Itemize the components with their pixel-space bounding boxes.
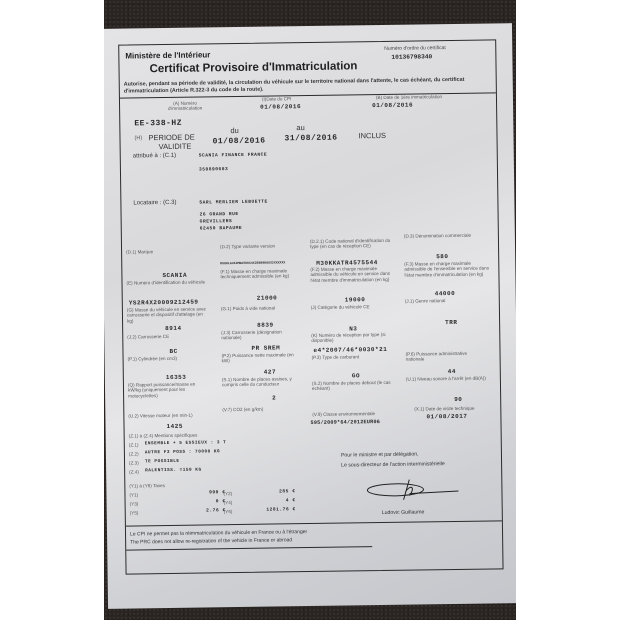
order-number-label: Numéro d'ordre du certificat: [384, 45, 446, 52]
x1-label: (X.1) Date de visite technique: [414, 406, 474, 412]
c3-name: SARL MERLIER LEBUETTE: [199, 200, 267, 206]
u2-value: 1425: [166, 423, 183, 430]
taxes-label: (Y1) à (Y6) Taxes: [129, 483, 165, 489]
tax-value: 4 €: [256, 498, 296, 504]
inclusive-label: INCLUS: [358, 131, 386, 140]
g-value: 8914: [165, 325, 182, 332]
d21-label: (D.2.1) Code national d'identification d…: [310, 238, 394, 250]
f3-label: (F.3) Masse en charge maximale admissibl…: [404, 260, 490, 277]
mention-code: (Z.4): [129, 469, 139, 474]
footer-en: The PRC does not allow re-registration o…: [130, 537, 292, 545]
ministry-name: Ministère de l'Intérieur: [125, 50, 210, 60]
tax-code: (Y4): [224, 500, 233, 505]
x1-value: 01/08/2017: [426, 413, 467, 421]
e-label: (E) Numéro d'identification du véhicule: [126, 279, 206, 285]
f2-value: 19000: [345, 296, 366, 303]
p3-label: (P.3) Type de carburant: [312, 354, 360, 360]
v7-label: (V.7) CO2 (en g/km): [222, 407, 263, 413]
j1-label: (J.1) Genre national: [405, 298, 446, 304]
address-line-3: 62450 BAPAUME: [200, 226, 242, 232]
tax-value: 990 €: [185, 490, 225, 496]
certificate-paper: Ministère de l'Intérieur Numéro d'ordre …: [104, 23, 516, 609]
d3-label: (D.3) Dénomination commerciale: [404, 232, 490, 238]
d2-value: R580LA4X2MNA580X4X2E6N8K0032XXXXXX: [220, 260, 285, 265]
d1-value: SCANIA: [162, 272, 187, 279]
u1-value: 90: [454, 396, 462, 403]
d1-label: (D.1) Marque: [126, 249, 153, 255]
b-value: 01/08/2016: [372, 102, 413, 110]
signature-line-2: Le sous-directeur de l'action interminis…: [341, 461, 445, 468]
order-number: 10136798340: [391, 53, 432, 61]
s2-label: (S.2) Nombre de places debout (le cas éc…: [312, 380, 396, 392]
certificate-frame: Ministère de l'Intérieur Numéro d'ordre …: [118, 39, 503, 574]
mention-text: ENSEMBLE + 5 ESSIEUX : 3 T: [145, 440, 227, 446]
mention-text: RALENTISS. =150 KG: [145, 468, 202, 474]
signature-icon: [363, 473, 463, 504]
h-code: (H): [134, 135, 142, 141]
u2-label: (U.2) Vitesse moteur (en min-1): [128, 413, 192, 419]
c1-id: 350890603: [199, 167, 228, 172]
document-photo: Ministère de l'Intérieur Numéro d'ordre …: [104, 0, 516, 620]
mention-code: (Z.3): [129, 460, 139, 465]
j-label: (J) Catégorie du véhicule CE: [311, 304, 370, 310]
v9-label: (V.9) Classe environnementale: [312, 411, 375, 417]
s1-label: (S.1) Nombre de places assises, y compri…: [222, 376, 306, 388]
g-label: (G) Masse du véhicule en service avec ca…: [127, 306, 207, 323]
u1-label: (U.1) Niveau sonore à l'arrêt (en dB(A)): [406, 375, 492, 381]
address-line-2: GREVILLERS: [200, 219, 233, 224]
mention-text: AUTRE F3 POSS : 70000 KG: [145, 449, 220, 455]
p2-label: (P.2) Puissance nette maximale (en kW): [222, 352, 302, 364]
i-value: 01/08/2016: [260, 103, 301, 111]
f2-label: (F.2) Masse en charge maximale admissibl…: [310, 266, 394, 283]
tax-code: (Y3): [130, 501, 139, 506]
tax-code: (Y6): [224, 509, 233, 514]
divider: [126, 520, 502, 526]
i-label: (I)Date du CPI: [262, 96, 291, 102]
p6-label: (P.6) Puissance administrative nationale: [406, 351, 486, 363]
tax-code: (Y2): [223, 491, 232, 496]
address-line-1: 26 GRAND RUE: [200, 212, 239, 218]
a-label: (A) Numéro d'immatriculation: [160, 100, 210, 111]
tax-value: 285 €: [255, 489, 295, 495]
p6-value: 44: [448, 368, 456, 375]
p1-label: (P.1) Cylindrée (en cm3): [128, 356, 178, 362]
k-label: (K) Numéro de réception par type (si dis…: [311, 332, 395, 344]
tax-value: 1281.76 €: [250, 507, 296, 513]
tax-value: 2.76 €: [186, 508, 226, 514]
validity-label-2: VALIDITE: [159, 142, 192, 151]
signature-line-1: Pour le ministre et par délégation,: [341, 451, 419, 458]
c1-label: attribué à : (C.1): [133, 153, 176, 160]
mention-code: (Z.2): [129, 451, 139, 456]
c1-name: SCANIA FINANCE FRANCE: [199, 153, 267, 159]
k-value: e4*2007/46*0030*21: [313, 346, 387, 354]
p1-value: 16353: [166, 374, 187, 381]
p2-value: 427: [264, 368, 276, 375]
j2-value: BC: [169, 348, 177, 355]
g1-value: 8839: [257, 322, 274, 329]
s1-value: 2: [272, 394, 276, 401]
tax-code: (Y5): [130, 510, 139, 515]
q-label: (Q) Rapport puissance/masse en kW/kg (un…: [128, 381, 208, 398]
d3-value: 580: [436, 253, 448, 260]
j3-label: (J.3) Carrosserie (désignation nationale…: [221, 329, 301, 341]
registration-number: EE-338-HZ: [134, 119, 182, 129]
to-label: au: [296, 123, 304, 132]
from-label: du: [230, 126, 238, 135]
signatory-name: Ludovic Guillaume: [382, 509, 425, 516]
f1-value: 21000: [257, 294, 278, 301]
tax-value: 0 €: [186, 499, 226, 505]
g1-label: (G.1) Poids à vide national: [221, 305, 275, 311]
b-label: (B) Date de 1ère immatriculation: [376, 94, 442, 100]
mention-text: TE POSSIBLE: [145, 459, 180, 464]
mention-code: (Z.1): [129, 442, 139, 447]
footer-fr: Le CPI ne permet pas la réimmatriculatio…: [130, 529, 307, 537]
from-date: 01/08/2016: [212, 137, 265, 147]
c3-label: Locataire : (C.3): [133, 200, 176, 207]
v9-value: 595/2009*64/2012EUR06: [310, 419, 380, 426]
f3-value: 44000: [435, 290, 456, 297]
divider: [126, 546, 372, 550]
j3-value: PR SREM: [251, 344, 280, 351]
e-value: YS2R4X20009212459: [129, 299, 199, 307]
j2-label: (J.2) Carrosserie CE: [127, 334, 169, 340]
tax-code: (Y1): [129, 492, 138, 497]
to-date: 31/08/2016: [284, 134, 337, 144]
f1-label: (F.1) Masse en charge maximale technique…: [220, 268, 300, 280]
j1-value: TRR: [445, 319, 457, 326]
mentions-label: (Z.1) à (Z.4) Mentions spécifiques: [129, 433, 198, 439]
p3-value: GO: [352, 372, 360, 379]
certificate-title: Certificat Provisoire d'Immatriculation: [149, 60, 357, 75]
d2-label: (D.2) Type variante version: [220, 243, 275, 249]
